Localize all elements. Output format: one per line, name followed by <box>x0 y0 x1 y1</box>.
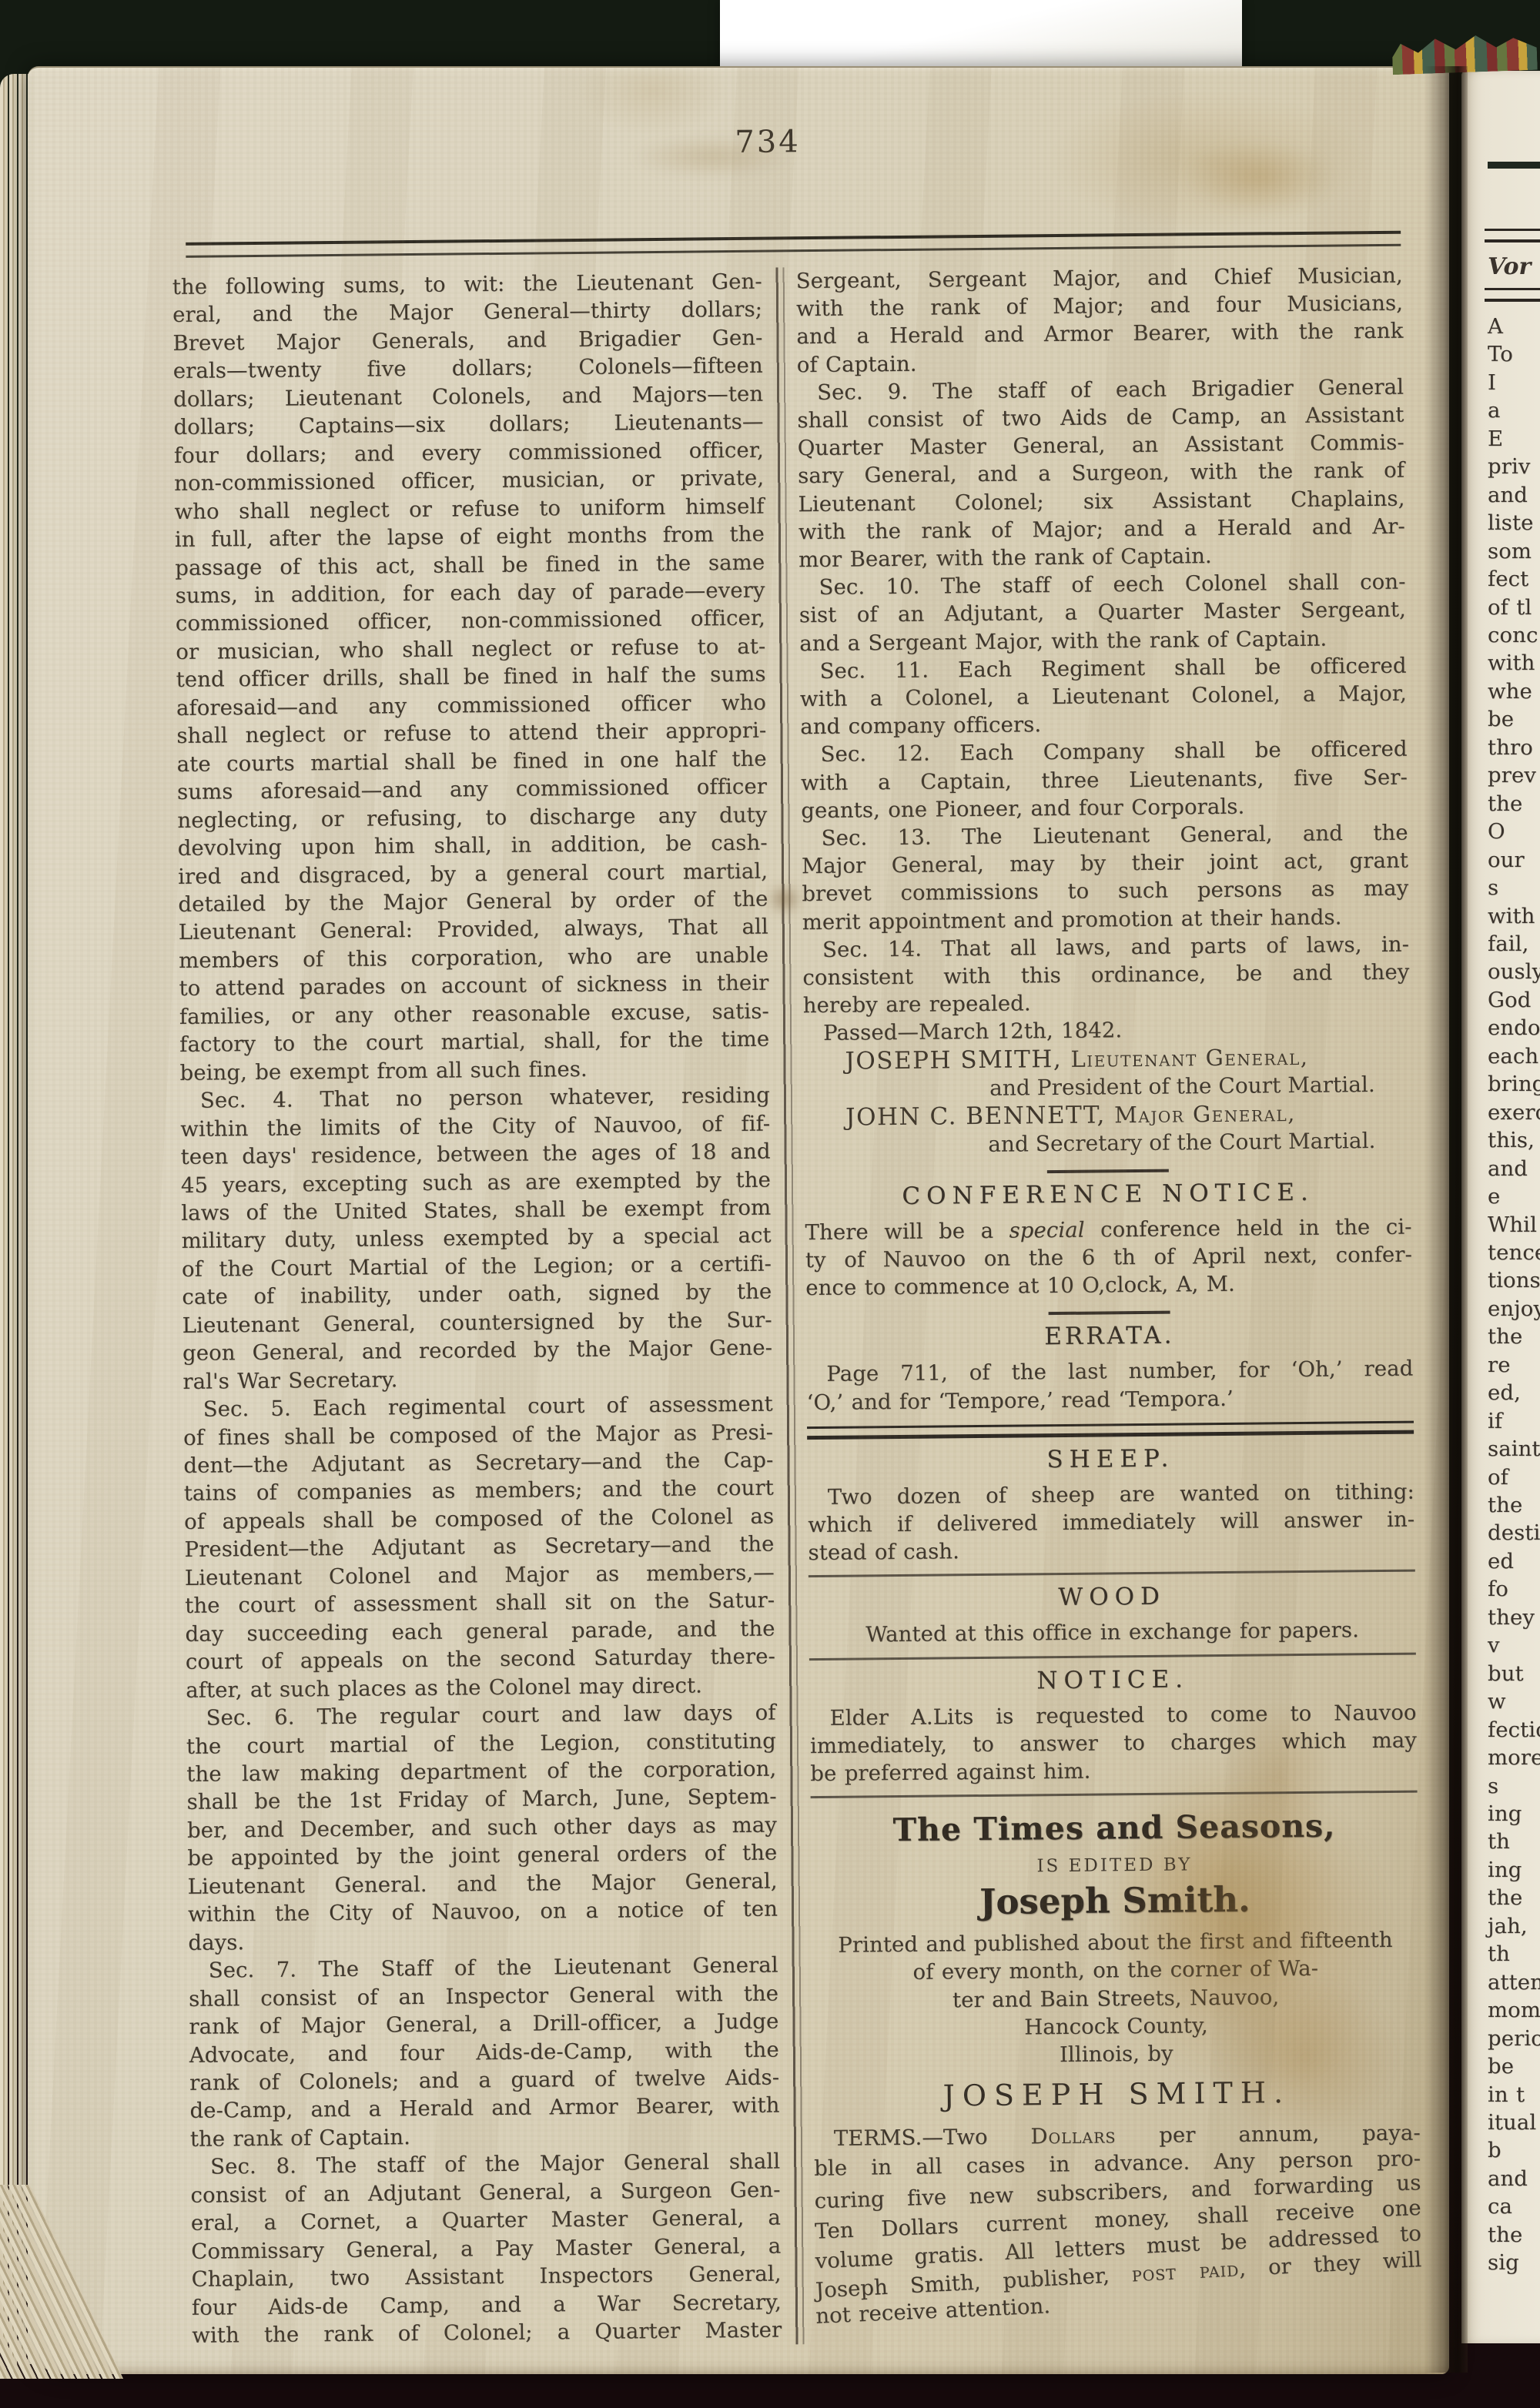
next-page-volume-fragment: Vor <box>1488 253 1540 280</box>
text-line: with <box>1488 649 1540 677</box>
text-line: endo <box>1488 1014 1540 1042</box>
text-line: this, <box>1488 1126 1540 1154</box>
signature-role-line: and Secretary of the Court Martial. <box>804 1126 1411 1160</box>
text-line: fail, <box>1488 930 1540 958</box>
text-line: the re <box>1488 1323 1540 1379</box>
section-rule <box>1047 1169 1169 1173</box>
editor-name: Joseph Smith. <box>812 1878 1418 1925</box>
text-line: period <box>1488 2025 1540 2052</box>
text-line: and <box>1488 481 1540 509</box>
sheep-ad-body: Two dozen of sheep are wanted on tithing… <box>808 1477 1415 1567</box>
next-page-rule <box>1488 162 1540 169</box>
text-line: de-Camp, and a Herald and Armor Bearer, … <box>189 2092 779 2125</box>
text-line: fect <box>1488 565 1540 593</box>
text-line: and ca <box>1488 2165 1540 2221</box>
text-line: priv <box>1488 453 1540 480</box>
text-line: each <box>1488 1042 1540 1070</box>
errata-heading: ERRATA. <box>806 1319 1413 1353</box>
text-line: Page 711, of the last number, for ‘Oh,’ … <box>806 1355 1413 1389</box>
text-line: momen <box>1488 1996 1540 2024</box>
small-caps-text: post paid <box>1131 2256 1240 2286</box>
text-line: and a Herald and Armor Bearer, with the … <box>796 317 1403 351</box>
scanned-page: 734 the following sums, to wit: the Lieu… <box>28 66 1449 2374</box>
text-line: ed fo <box>1488 1547 1540 1604</box>
text-line: ing th <box>1488 1800 1540 1856</box>
text-line: but w <box>1488 1660 1540 1716</box>
book-headband-threads <box>1391 32 1538 75</box>
text-run: TERMS.—Two <box>834 2125 1031 2151</box>
text-line: tence <box>1488 1239 1540 1266</box>
text-line: whe <box>1488 677 1540 705</box>
edited-by-label: IS EDITED BY <box>811 1853 1418 1879</box>
text-line: fectio <box>1488 1716 1540 1744</box>
text-line: more s <box>1488 1744 1540 1800</box>
text-line: stead of cash. <box>808 1533 1414 1567</box>
next-page-double-rule <box>1485 288 1540 302</box>
text-line: bring <box>1488 1070 1540 1098</box>
text-line: be in t <box>1488 2052 1540 2109</box>
text-line: jah, th <box>1488 1912 1540 1968</box>
conference-notice-heading: CONFERENCE NOTICE. <box>805 1177 1411 1211</box>
text-line: they v <box>1488 1604 1540 1660</box>
text-line: with the rank of Colonel; a Quarter Mast… <box>192 2316 782 2350</box>
publication-title: The Times and Seasons, <box>811 1807 1418 1850</box>
text-line: of tl <box>1488 594 1540 621</box>
wood-ad-body: Wanted at this office in exchange for pa… <box>808 1616 1415 1650</box>
signer-name: JOSEPH SMITH, <box>845 1045 1070 1075</box>
heavy-double-rule <box>807 1420 1414 1440</box>
page-number: 734 <box>20 118 1441 167</box>
section-rule <box>809 1652 1416 1661</box>
text-line: ing the <box>1488 1856 1540 1912</box>
section-rule <box>811 1791 1418 1799</box>
text-line: thro <box>1488 734 1540 761</box>
text-line: O <box>1488 818 1540 845</box>
text-line: ed, if <box>1488 1379 1540 1435</box>
text-line: a <box>1488 396 1540 424</box>
text-line: geon General, and recorded by the Major … <box>182 1334 772 1368</box>
section-rule <box>808 1570 1415 1578</box>
signature-block: JOSEPH SMITH, Lieutenant General,and Pre… <box>803 1042 1411 1160</box>
errata-body: Page 711, of the last number, for ‘Oh,’ … <box>806 1355 1414 1416</box>
sheep-heading: SHEEP. <box>807 1442 1414 1476</box>
text-line: which if delivered immediately will answ… <box>808 1506 1414 1540</box>
text-line: immediately, to answer to charges which … <box>810 1726 1417 1760</box>
text-line: destitu <box>1488 1519 1540 1547</box>
text-line: tions <box>1488 1266 1540 1294</box>
text-line: Illinois, by <box>813 2038 1420 2072</box>
text-line: I <box>1488 369 1540 396</box>
next-page-double-rule <box>1485 229 1540 242</box>
signer-title: Major General, <box>1114 1100 1296 1128</box>
text-line: of the <box>1488 1463 1540 1520</box>
text-run: There will be a <box>805 1218 1009 1245</box>
text-line: factory to the court martial, shall, for… <box>179 1025 769 1059</box>
text-line: Wanted at this office in exchange for pa… <box>808 1616 1415 1650</box>
signer-title: Lieutenant General, <box>1070 1044 1308 1072</box>
text-line: som <box>1488 537 1540 565</box>
text-line: be <box>1488 705 1540 733</box>
text-line: the sig <box>1488 2221 1540 2277</box>
text-line: the <box>1488 790 1540 818</box>
terms-paragraph: TERMS.—Two Dollars per annum, paya-ble i… <box>814 2119 1422 2320</box>
text-line: attenti <box>1488 1968 1540 1996</box>
text-line: A <box>1488 313 1540 340</box>
conference-notice-body: There will be a special conference held … <box>805 1212 1412 1302</box>
text-line: ously <box>1488 958 1540 985</box>
text-line: with <box>1488 902 1540 930</box>
text-run: per annum, paya- <box>1116 2121 1421 2149</box>
signature-role-line: and President of the Court Martial. <box>804 1070 1411 1104</box>
publishing-info: Printed and published about the first an… <box>812 1926 1420 2072</box>
text-line: itual b <box>1488 2109 1540 2165</box>
text-line: Whil <box>1488 1211 1540 1239</box>
section-rule <box>1049 1311 1170 1316</box>
text-line: ence to commence at 10 O,clock, A, M. <box>805 1269 1412 1303</box>
book-scan-photo: 734 the following sums, to wit: the Lieu… <box>0 0 1540 2408</box>
text-line: exerc <box>1488 1099 1540 1126</box>
page-content: 734 the following sums, to wit: the Lieu… <box>19 61 1463 2381</box>
text-line: God <box>1488 986 1540 1014</box>
next-page-edge: Vor AToIaEprivandlistesomfectof tlconcwi… <box>1461 71 1540 2343</box>
left-column: the following sums, to wit: the Lieutena… <box>172 268 782 2350</box>
text-line: with the rank of Major; and a Herald and… <box>798 512 1405 546</box>
next-page-text-fragments: AToIaEprivandlistesomfectof tlconcwithwh… <box>1488 313 1540 2277</box>
right-column: Sergeant, Sergeant Major, and Chief Musi… <box>796 262 1423 2344</box>
signer-name: JOHN C. BENNETT, <box>845 1101 1114 1131</box>
text-line: ‘O,’ and for ‘Tempore,’ read ‘Tempora.’ <box>807 1383 1414 1416</box>
text-line: and e <box>1488 1155 1540 1211</box>
text-line: liste <box>1488 509 1540 537</box>
text-line: ty of Nauvoo on the 6 th of April next, … <box>805 1241 1412 1275</box>
two-column-text: the following sums, to wit: the Lieutena… <box>172 262 1423 2350</box>
text-line: To <box>1488 340 1540 368</box>
text-run: conference held in the ci- <box>1085 1214 1412 1242</box>
text-line: E <box>1488 425 1540 453</box>
small-caps-text: Dollars <box>1030 2124 1116 2149</box>
italic-text: special <box>1009 1217 1084 1242</box>
text-line: be preferred against him. <box>810 1754 1417 1788</box>
wood-heading: WOOD <box>808 1580 1415 1614</box>
bookmark-tab <box>720 0 1242 69</box>
text-line: conc <box>1488 621 1540 649</box>
notice-heading: NOTICE. <box>809 1663 1416 1697</box>
text-line: with a Captain, three Lieutenants, five … <box>801 763 1408 797</box>
text-line: prev <box>1488 761 1540 789</box>
masthead-double-rule <box>186 231 1401 258</box>
notice-ad-body: Elder A.Lits is requested to come to Nau… <box>809 1698 1417 1788</box>
right-column-body: Sergeant, Sergeant Major, and Chief Musi… <box>796 262 1411 1048</box>
text-line: within the City of Nauvoo, on a notice o… <box>188 1895 778 1929</box>
text-line: our s <box>1488 846 1540 902</box>
text-line: enjoy <box>1488 1295 1540 1323</box>
text-line: saints <box>1488 1435 1540 1463</box>
publisher-name: JOSEPH SMITH. <box>813 2075 1420 2115</box>
